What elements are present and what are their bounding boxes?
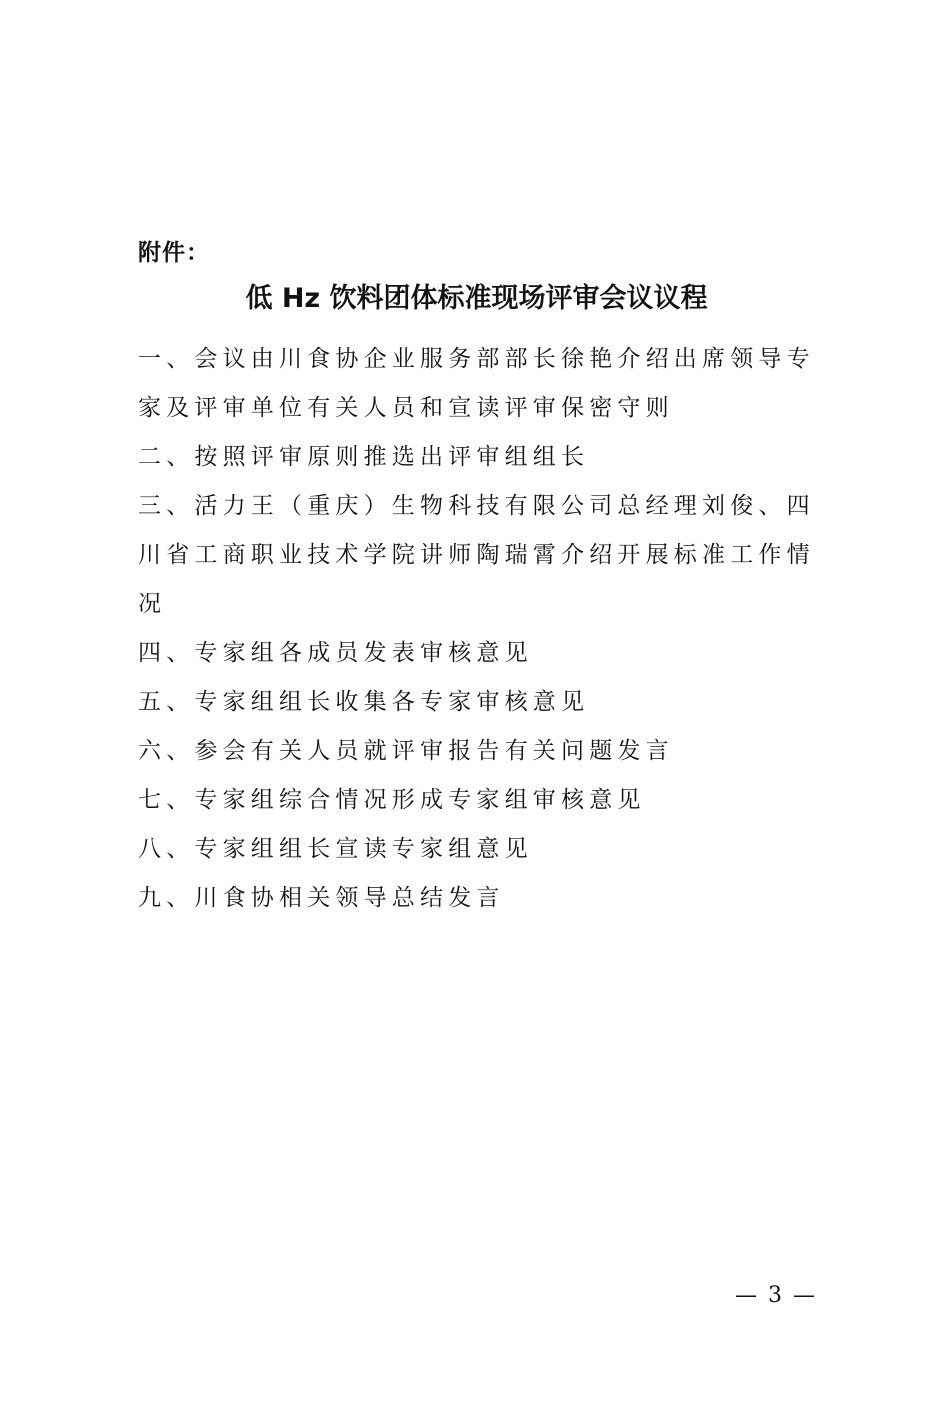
agenda-item-number: 五、 xyxy=(138,689,194,715)
agenda-item-number: 六、 xyxy=(138,738,194,764)
agenda-item-number: 八、 xyxy=(138,836,194,862)
agenda-item: 四、专家组各成员发表审核意见 xyxy=(138,629,818,678)
attachment-label: 附件： xyxy=(138,238,210,268)
agenda-item-text: 会议由川食协企业服务部部长徐艳介绍出席领导专家及评审单位有关人员和宣读评审保密守… xyxy=(138,346,815,421)
agenda-item: 八、专家组组长宣读专家组意见 xyxy=(138,825,818,874)
agenda-item: 一、会议由川食协企业服务部部长徐艳介绍出席领导专家及评审单位有关人员和宣读评审保… xyxy=(138,335,818,433)
agenda-item-number: 九、 xyxy=(138,885,194,911)
page-number: — 3 — xyxy=(735,1281,817,1311)
agenda-item: 三、活力王（重庆）生物科技有限公司总经理刘俊、四川省工商职业技术学院讲师陶瑞霄介… xyxy=(138,482,818,629)
agenda-item-text: 专家组综合情况形成专家组审核意见 xyxy=(194,787,645,813)
agenda-item-number: 二、 xyxy=(138,444,194,470)
agenda-item-text: 按照评审原则推选出评审组组长 xyxy=(194,444,589,470)
document-title: 低 Hz 饮料团体标准现场评审会议议程 xyxy=(0,281,935,317)
agenda-item-text: 专家组组长收集各专家审核意见 xyxy=(194,689,589,715)
agenda-item-text: 参会有关人员就评审报告有关问题发言 xyxy=(194,738,673,764)
agenda-item: 六、参会有关人员就评审报告有关问题发言 xyxy=(138,727,818,776)
document-page: 附件： 低 Hz 饮料团体标准现场评审会议议程 一、会议由川食协企业服务部部长徐… xyxy=(0,0,935,1415)
agenda-item-text: 专家组组长宣读专家组意见 xyxy=(194,836,532,862)
agenda-item: 二、按照评审原则推选出评审组组长 xyxy=(138,433,818,482)
agenda-item: 七、专家组综合情况形成专家组审核意见 xyxy=(138,776,818,825)
agenda-item-number: 四、 xyxy=(138,640,194,666)
agenda-item-number: 一、 xyxy=(138,346,194,372)
agenda-item: 五、专家组组长收集各专家审核意见 xyxy=(138,678,818,727)
agenda-item-text: 活力王（重庆）生物科技有限公司总经理刘俊、四川省工商职业技术学院讲师陶瑞霄介绍开… xyxy=(138,493,815,617)
agenda-item-text: 专家组各成员发表审核意见 xyxy=(194,640,532,666)
agenda-item-number: 七、 xyxy=(138,787,194,813)
agenda-item-text: 川食协相关领导总结发言 xyxy=(194,885,504,911)
agenda-item: 九、川食协相关领导总结发言 xyxy=(138,874,818,923)
agenda-list: 一、会议由川食协企业服务部部长徐艳介绍出席领导专家及评审单位有关人员和宣读评审保… xyxy=(138,335,818,923)
agenda-item-number: 三、 xyxy=(138,493,194,519)
